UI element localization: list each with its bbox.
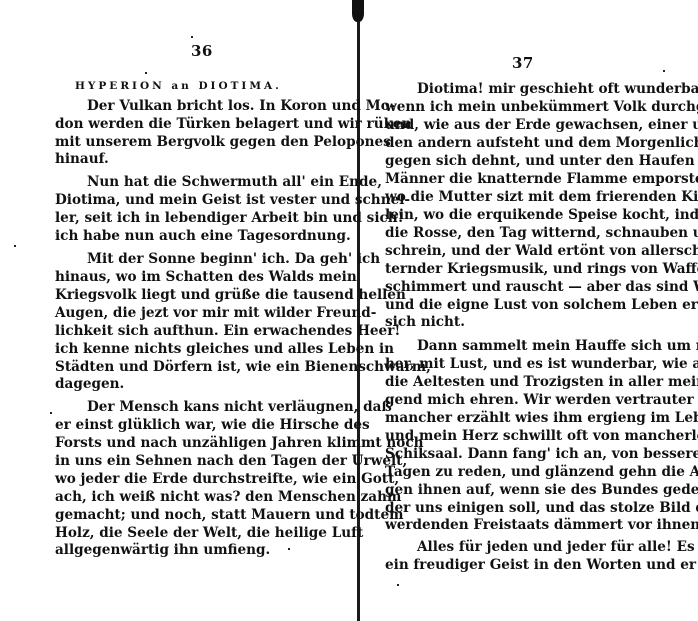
text-line: den andern aufsteht und dem Morgenlicht'… <box>385 134 669 152</box>
text-line: Mit der Sonne beginn' ich. Da geh' ich <box>55 250 338 268</box>
text-line: werdenden Freistaats dämmert vor ihnen. <box>385 516 669 534</box>
text-line: Diotima! mir geschieht oft wunderbar, <box>385 80 669 98</box>
text-line: er einst glüklich war, wie die Hirsche d… <box>55 416 338 434</box>
text-line: mancher erzählt wies ihm ergieng im Lebe… <box>385 409 669 427</box>
text-line: Dann sammelt mein Hauffe sich um mich <box>385 337 669 355</box>
text-line: Der Vulkan bricht los. In Koron und Mo- <box>55 97 338 115</box>
text-line: Nun hat die Schwermuth all' ein Ende, <box>55 173 338 191</box>
text-line: gen ihnen auf, wenn sie des Bundes geden… <box>385 481 669 499</box>
page-number: 36 <box>191 42 213 60</box>
text-line: dagegen. <box>55 375 338 393</box>
text-line: wo jeder die Erde durchstreifte, wie ein… <box>55 470 338 488</box>
text-line: Männer die knatternde Flamme emporsteigt… <box>385 170 669 188</box>
text-line: schrein, und der Wald ertönt von allersc… <box>385 242 669 260</box>
text-line: sich nicht. <box>385 313 669 331</box>
text-line: ach, ich weiß nicht was? den Menschen za… <box>55 488 338 506</box>
text-line: mit unserem Bergvolk gegen den Pelopones <box>55 133 338 151</box>
text-line: wo die Mutter sizt mit dem frierenden Ki… <box>385 188 669 206</box>
text-line: her, mit Lust, und es ist wunderbar, wie… <box>385 355 669 373</box>
text-line: Schiksaal. Dann fang' ich an, von besser… <box>385 445 669 463</box>
text-line: Holz, die Seele der Welt, die heilige Lu… <box>55 524 338 542</box>
text-line: ein freudiger Geist in den Worten und er… <box>385 556 669 574</box>
text-line: die Aeltesten und Trozigsten in aller me… <box>385 373 669 391</box>
page-number: 37 <box>512 54 534 72</box>
text-line: und, wie aus der Erde gewachsen, einer u… <box>385 116 669 134</box>
text-line: hinaus, wo im Schatten des Walds mein <box>55 268 338 286</box>
text-line: ternder Kriegsmusik, und rings von Waffe… <box>385 260 669 278</box>
text-line: ich kenne nichts gleiches und alles Lebe… <box>55 340 338 358</box>
running-header: HYPERION an DIOTIMA. <box>75 80 282 92</box>
text-line: allgegenwärtig ihn umfieng. <box>55 541 338 559</box>
text-line: don werden die Türken belagert und wir r… <box>55 115 338 133</box>
text-line: schimmert und rauscht — aber das sind Wo… <box>385 278 669 296</box>
left-page: 36 HYPERION an DIOTIMA. Der Vulkan brich… <box>0 0 358 621</box>
text-line: und die eigne Lust von solchem Leben erz… <box>385 296 669 314</box>
text-line: in uns ein Sehnen nach den Tagen der Urw… <box>55 452 338 470</box>
text-line: gemacht; und noch, statt Mauern und todt… <box>55 506 338 524</box>
text-line: Tagen zu reden, und glänzend gehn die Au… <box>385 463 669 481</box>
text-line: Der Mensch kans nicht verläugnen, daß <box>55 398 338 416</box>
text-line: Kriegsvolk liegt und grüße die tausend h… <box>55 286 338 304</box>
text-line: gend mich ehren. Wir werden vertrauter u… <box>385 391 669 409</box>
text-line: Augen, die jezt vor mir mit wilder Freun… <box>55 304 338 322</box>
text-line: hinauf. <box>55 150 338 168</box>
text-line: Städten und Dörfern ist, wie ein Bienens… <box>55 358 338 376</box>
right-page: 37 Diotima! mir geschieht oft wunderbar,… <box>362 0 698 621</box>
text-line: und mein Herz schwillt oft von mancherle… <box>385 427 669 445</box>
text-line: ler, seit ich in lebendiger Arbeit bin u… <box>55 209 338 227</box>
text-line: der uns einigen soll, und das stolze Bil… <box>385 499 669 517</box>
text-line: Alles für jeden und jeder für alle! Es i… <box>385 538 669 556</box>
text-line: lein, wo die erquikende Speise kocht, in… <box>385 206 669 224</box>
text-line: Diotima, und mein Geist ist vester und s… <box>55 191 338 209</box>
text-line: lichkeit sich aufthun. Ein erwachendes H… <box>55 322 338 340</box>
text-line: Forsts und nach unzähligen Jahren klimmt… <box>55 434 338 452</box>
text-line: ich habe nun auch eine Tagesordnung. <box>55 227 338 245</box>
text-line: gegen sich dehnt, und unter den Haufen d… <box>385 152 669 170</box>
text-line: die Rosse, den Tag witternd, schnauben u… <box>385 224 669 242</box>
text-line: wenn ich mein unbekümmert Volk durchgehe <box>385 98 669 116</box>
